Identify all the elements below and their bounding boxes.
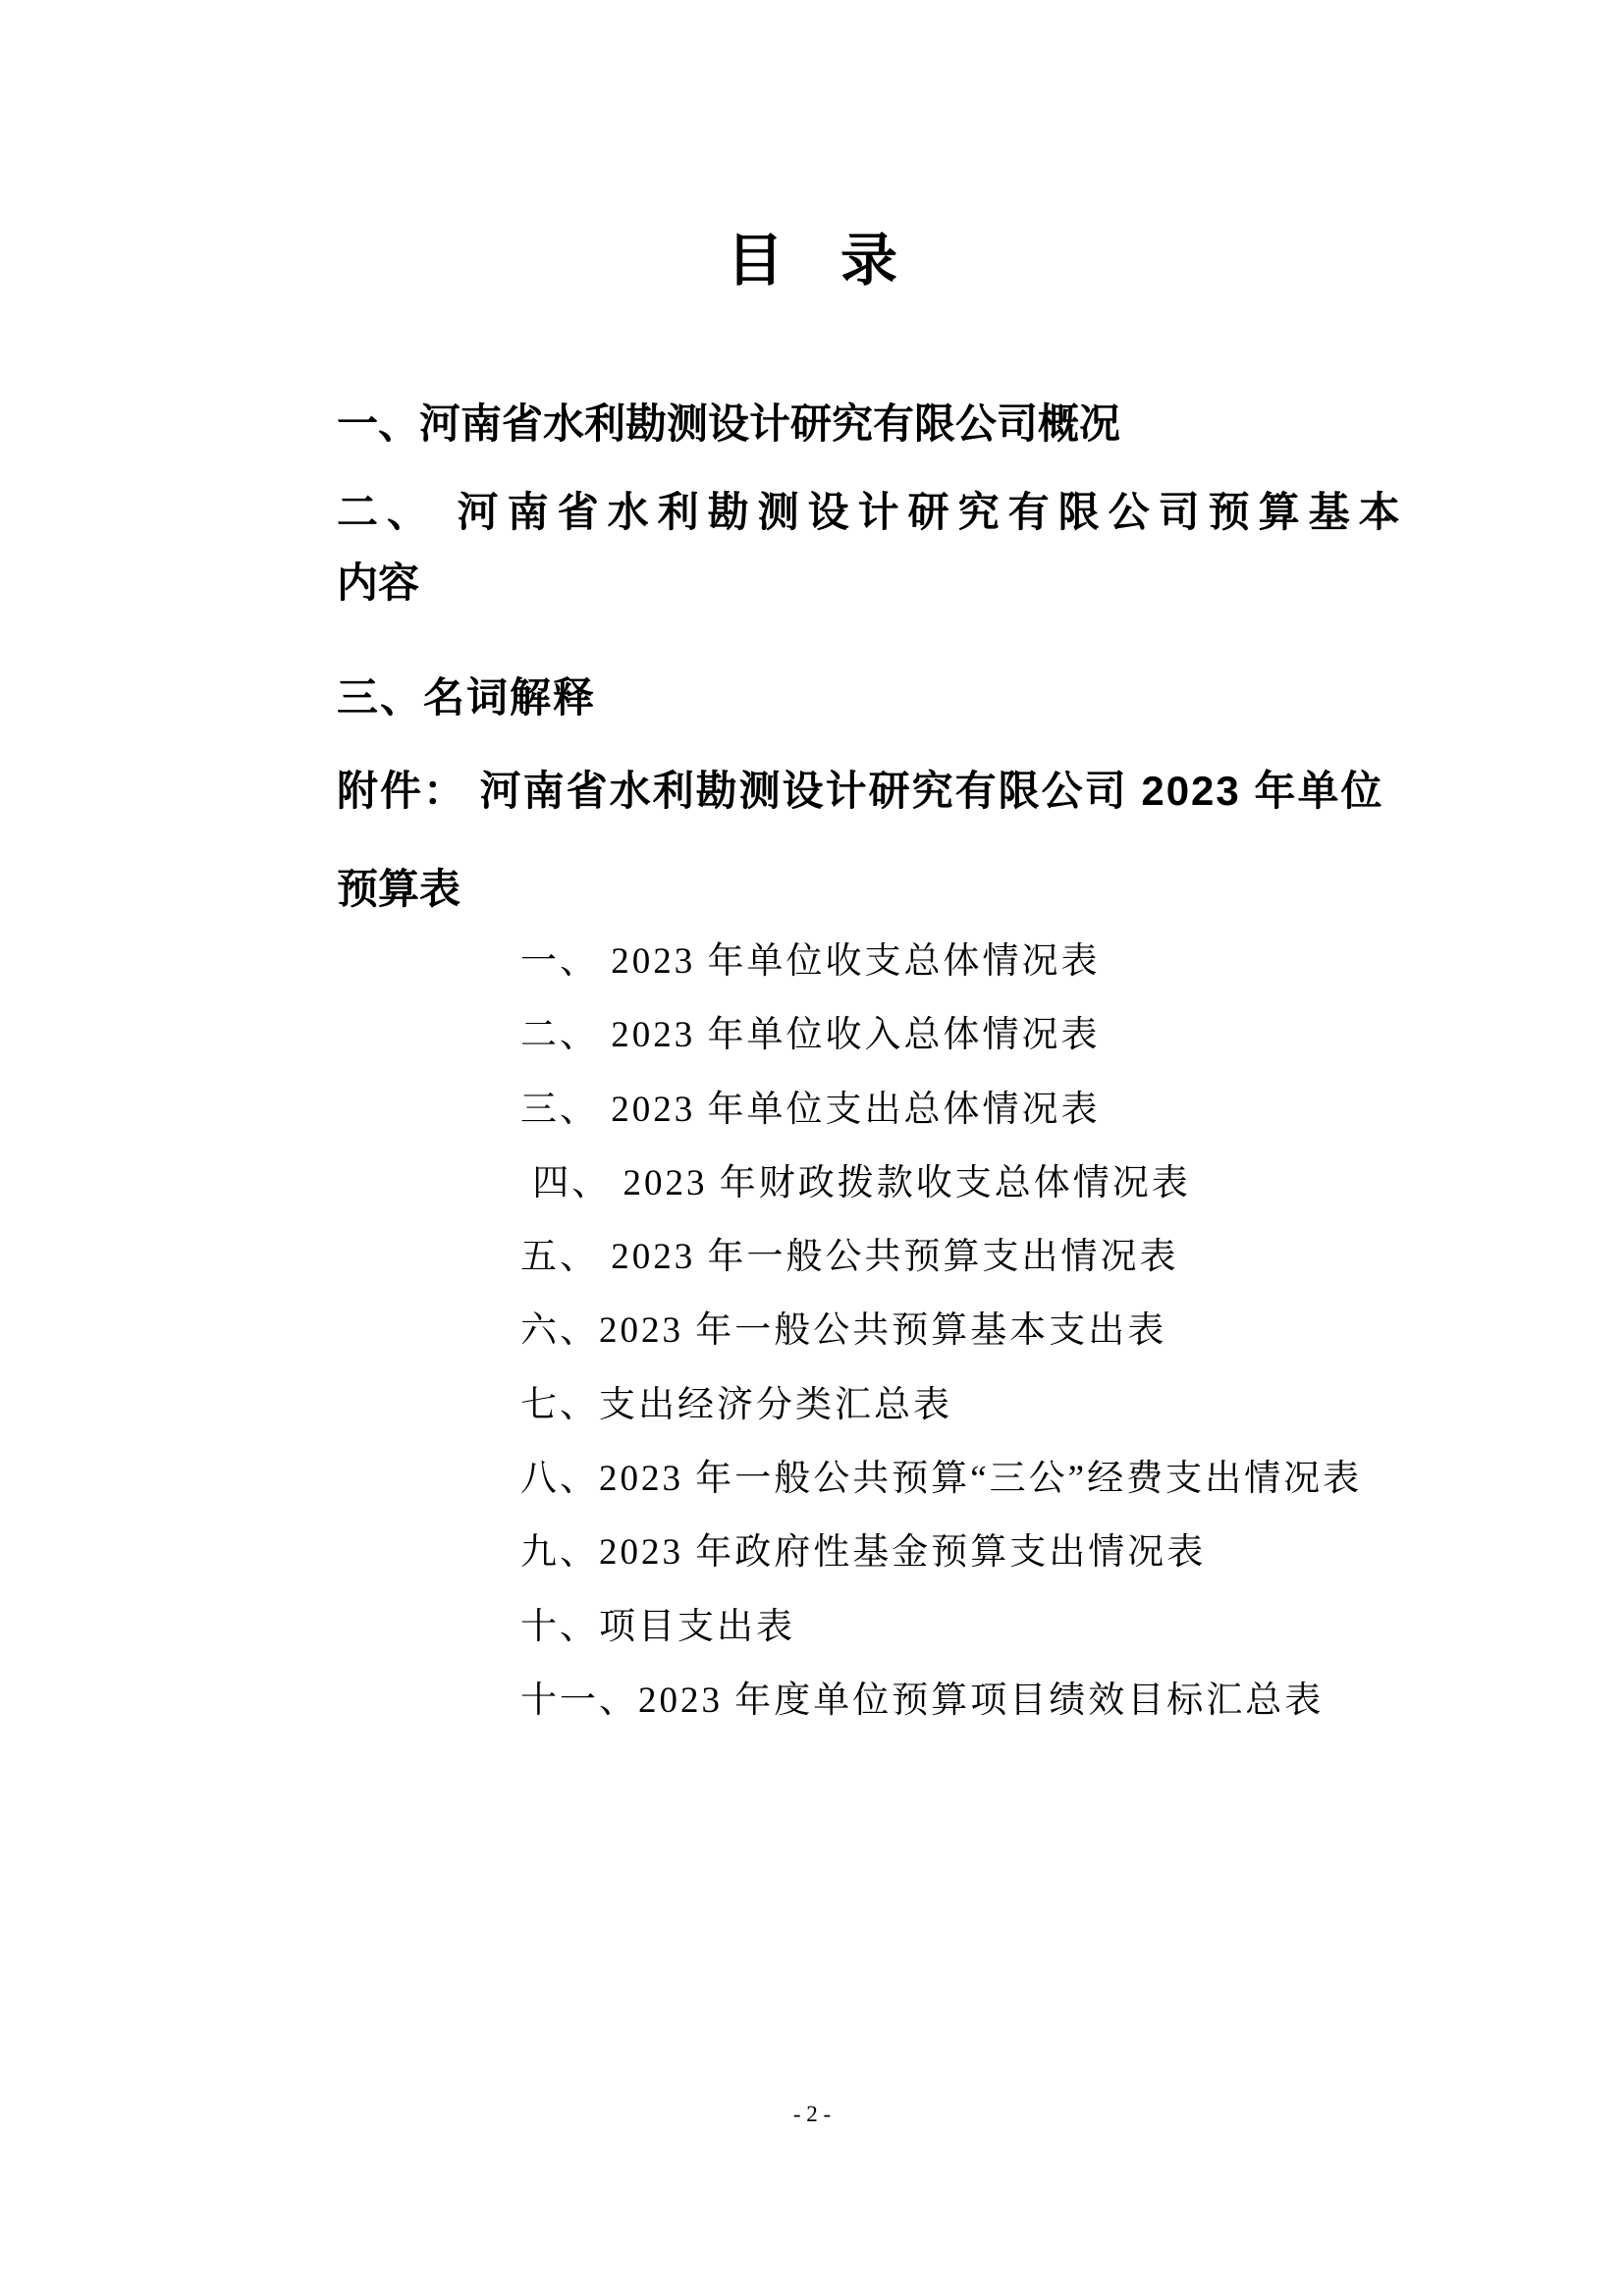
attachment-table-item-6: 六、2023 年一般公共预算基本支出表	[520, 1294, 1362, 1367]
page-title: 目 录	[0, 230, 1624, 293]
attachment-table-item-2: 二、 2023 年单位收入总体情况表	[520, 998, 1362, 1072]
attachment-table-item-9: 九、2023 年政府性基金预算支出情况表	[520, 1516, 1362, 1589]
toc-entry-attachment-line2: 预算表	[337, 866, 460, 913]
document-page: 目 录 一、河南省水利勘测设计研究有限公司概况 二、 河南省水利勘测设计研究有限…	[0, 0, 1624, 2296]
attachment-table-item-4: 四、 2023 年财政拨款收支总体情况表	[520, 1147, 1362, 1220]
attachment-table-item-8: 八、2023 年一般公共预算“三公”经费支出情况表	[520, 1442, 1362, 1516]
attachment-table-item-1: 一、 2023 年单位收支总体情况表	[520, 925, 1362, 998]
toc-entry-budget-basics-line1: 二、 河南省水利勘测设计研究有限公司预算基本	[337, 489, 1409, 536]
attachment-table-list: 一、 2023 年单位收支总体情况表 二、 2023 年单位收入总体情况表 三、…	[520, 925, 1362, 1737]
attachment-table-item-5: 五、 2023 年一般公共预算支出情况表	[520, 1220, 1362, 1294]
attachment-table-item-7: 七、支出经济分类汇总表	[520, 1368, 1362, 1442]
toc-entry-attachment-line1: 附件： 河南省水利勘测设计研究有限公司 2023 年单位	[337, 768, 1383, 815]
page-number: - 2 -	[0, 2101, 1624, 2128]
toc-entry-company-overview: 一、河南省水利勘测设计研究有限公司概况	[337, 400, 1120, 448]
attachment-table-item-10: 十、项目支出表	[520, 1590, 1362, 1664]
attachment-table-item-11: 十一、2023 年度单位预算项目绩效目标汇总表	[520, 1664, 1362, 1737]
toc-entry-glossary: 三、名词解释	[337, 674, 596, 721]
toc-entry-budget-basics-line2: 内容	[337, 560, 419, 607]
attachment-table-item-3: 三、 2023 年单位支出总体情况表	[520, 1073, 1362, 1147]
